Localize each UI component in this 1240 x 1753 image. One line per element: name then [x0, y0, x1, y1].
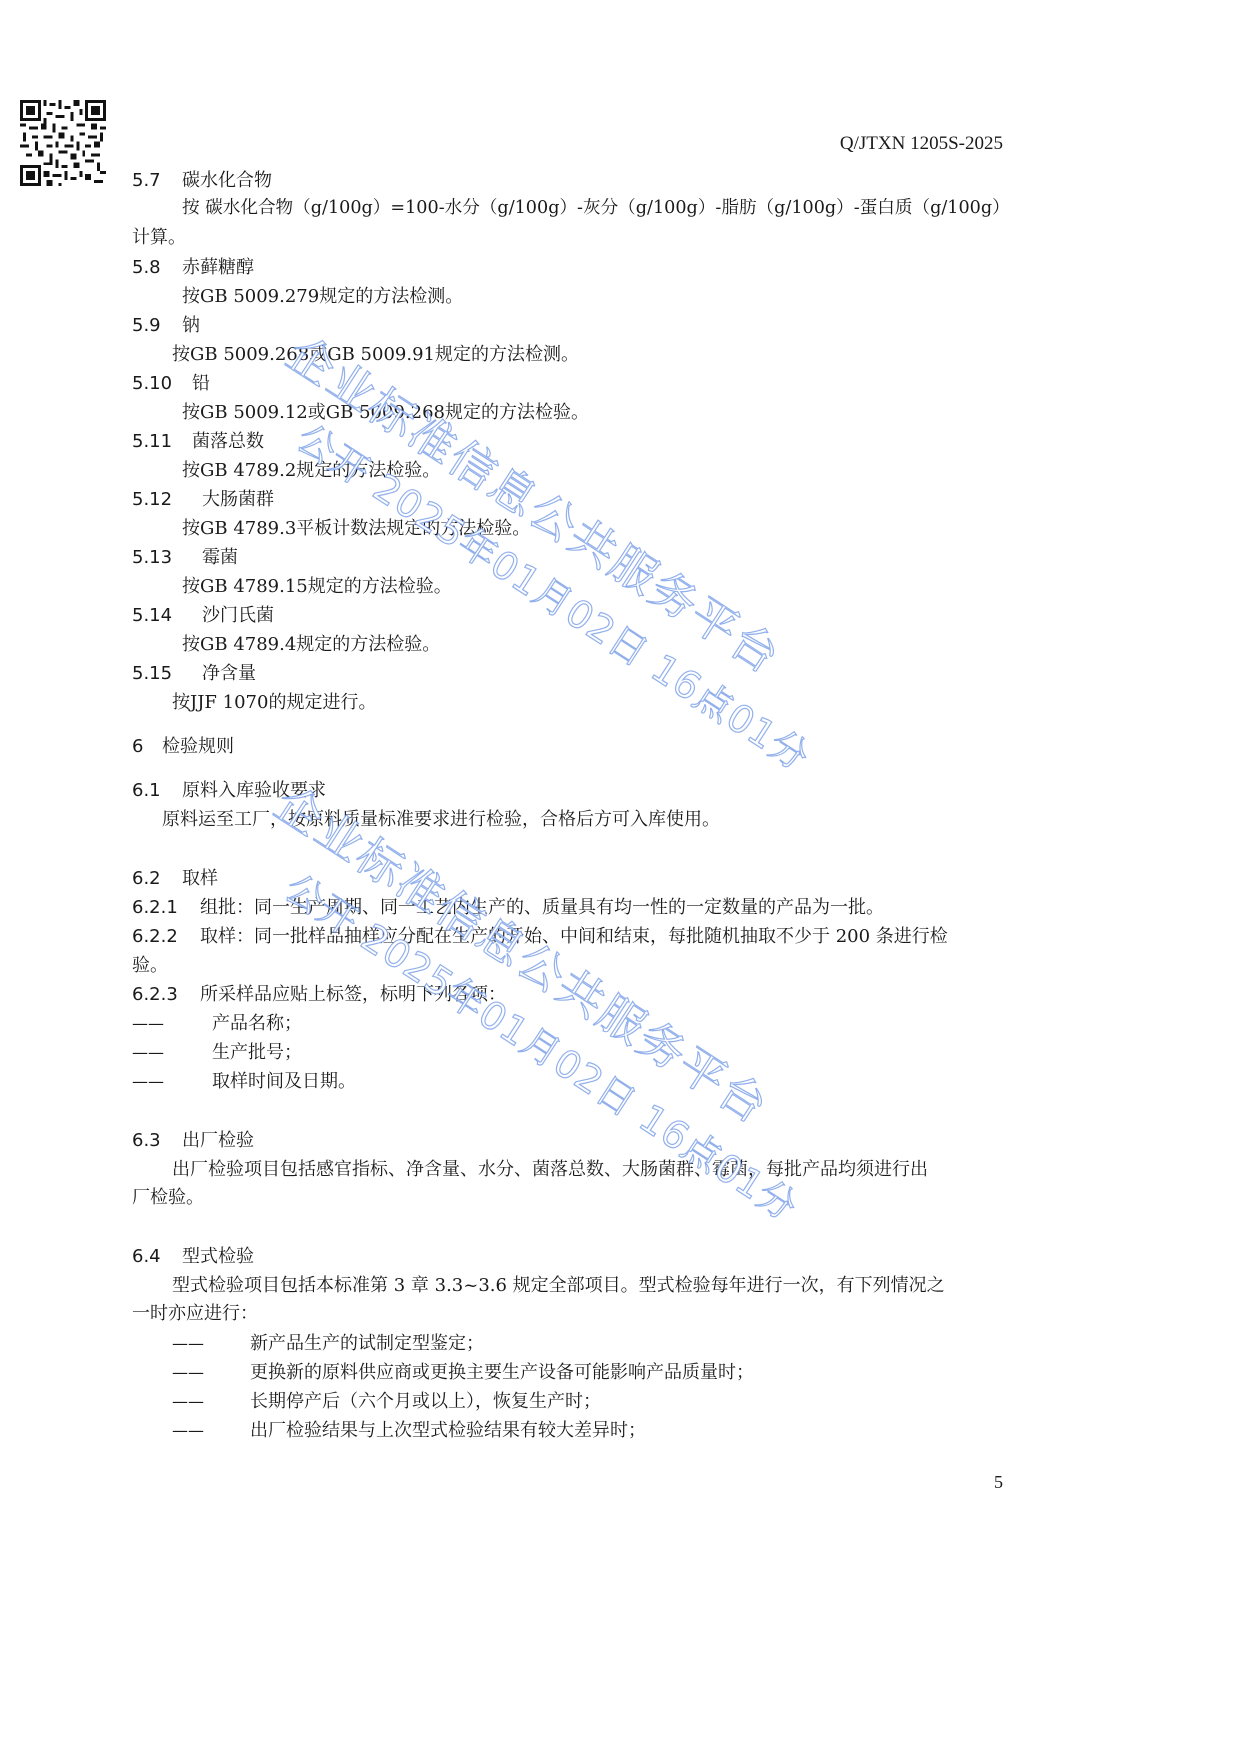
page-number: 5 [994, 1473, 1003, 1491]
list-item: ——长期停产后（六个月或以上），恢复生产时； [172, 1393, 601, 1411]
watermark-platform: 企业标准信息公共服务平台 [276, 318, 795, 687]
section-number: 5.7 [132, 172, 182, 190]
clause-6-2-2: 6.2.2取样：同一批样品抽样应分配在生产的开始、中间和结束，每批随机抽取不少于… [132, 928, 948, 946]
clause-number: 6.2.3 [132, 986, 200, 1004]
section-number: 5.9 [132, 317, 182, 335]
section-title: 菌落总数 [192, 433, 264, 451]
section-title: 大肠菌群 [202, 491, 274, 509]
dash-bullet: —— [132, 1074, 212, 1090]
dash-bullet: —— [132, 1045, 212, 1061]
chapter-number: 6 [132, 738, 162, 756]
section-body-5-14: 按GB 4789.4规定的方法检验。 [182, 636, 440, 654]
dash-bullet: —— [132, 1016, 212, 1032]
section-title: 铅 [192, 375, 210, 393]
clause-number: 6.2.2 [132, 928, 200, 946]
section-body-5-11: 按GB 4789.2规定的方法检验。 [182, 462, 440, 480]
section-title: 沙门氏菌 [202, 607, 274, 625]
section-number: 5.15 [132, 665, 202, 683]
section-body-5-13: 按GB 4789.15规定的方法检验。 [182, 578, 452, 596]
section-heading-5-10: 5.10铅 [132, 375, 210, 393]
section-title: 霉菌 [202, 549, 238, 567]
list-item: ——出厂检验结果与上次型式检验结果有较大差异时； [172, 1422, 646, 1440]
list-item-text: 取样时间及日期。 [212, 1071, 356, 1092]
clause-number: 6.2.1 [132, 899, 200, 917]
section-heading-5-8: 5.8赤藓糖醇 [132, 259, 254, 277]
dash-bullet: —— [172, 1336, 250, 1352]
list-item-text: 产品名称； [212, 1013, 302, 1034]
section-number: 5.12 [132, 491, 202, 509]
section-title: 型式检验 [182, 1248, 254, 1266]
clause-6-2-2-cont: 验。 [132, 957, 168, 975]
section-body-5-12: 按GB 4789.3平板计数法规定的方法检验。 [182, 520, 530, 538]
list-item-text: 生产批号； [212, 1042, 302, 1063]
section-number: 5.11 [132, 433, 192, 451]
list-item: ——生产批号； [132, 1044, 302, 1062]
section-number: 5.13 [132, 549, 202, 567]
dash-bullet: —— [172, 1423, 250, 1439]
section-title: 取样 [182, 870, 218, 888]
section-body-5-7-line1: 按 碳水化合物（g/100g）=100-水分（g/100g）-灰分（g/100g… [182, 200, 1010, 218]
section-heading-5-13: 5.13霉菌 [132, 549, 238, 567]
section-body-6-3-line2: 厂检验。 [132, 1189, 204, 1207]
section-title: 原料入库验收要求 [182, 782, 326, 800]
section-body-5-10: 按GB 5009.12或GB 5009.268规定的方法检验。 [182, 404, 589, 422]
section-title: 碳水化合物 [182, 172, 272, 190]
section-body-6-1: 原料运至工厂，按原料质量标准要求进行检验，合格后方可入库使用。 [162, 811, 720, 829]
section-heading-5-14: 5.14沙门氏菌 [132, 607, 274, 625]
clause-6-2-3: 6.2.3所采样品应贴上标签，标明下列各项： [132, 986, 506, 1004]
section-number: 5.10 [132, 375, 192, 393]
list-item-text: 新产品生产的试制定型鉴定； [250, 1333, 484, 1354]
list-item-text: 更换新的原料供应商或更换主要生产设备可能影响产品质量时； [250, 1362, 754, 1383]
section-body-6-4-line1: 型式检验项目包括本标准第 3 章 3.3~3.6 规定全部项目。型式检验每年进行… [172, 1277, 945, 1295]
section-title: 出厂检验 [182, 1132, 254, 1150]
document-page: Q/JTXN 1205S-2025 5.7碳水化合物 按 碳水化合物（g/100… [0, 0, 1240, 1753]
section-heading-5-11: 5.11菌落总数 [132, 433, 264, 451]
section-number: 6.1 [132, 782, 182, 800]
list-item: ——取样时间及日期。 [132, 1073, 356, 1091]
section-heading-6-2: 6.2取样 [132, 870, 218, 888]
list-item-text: 长期停产后（六个月或以上），恢复生产时； [250, 1391, 601, 1412]
section-heading-6-1: 6.1原料入库验收要求 [132, 782, 326, 800]
section-title: 赤藓糖醇 [182, 259, 254, 277]
list-item-text: 出厂检验结果与上次型式检验结果有较大差异时； [250, 1420, 646, 1441]
section-heading-5-7: 5.7碳水化合物 [132, 172, 272, 190]
section-title: 钠 [182, 317, 200, 335]
section-heading-5-15: 5.15净含量 [132, 665, 256, 683]
section-heading-6-3: 6.3出厂检验 [132, 1132, 254, 1150]
section-heading-5-9: 5.9钠 [132, 317, 200, 335]
section-heading-6-4: 6.4型式检验 [132, 1248, 254, 1266]
chapter-title: 检验规则 [162, 738, 234, 756]
standard-code: Q/JTXN 1205S-2025 [840, 134, 1003, 153]
section-body-5-7-line2: 计算。 [132, 229, 186, 247]
clause-6-2-1: 6.2.1组批：同一生产周期、同一工艺内生产的、质量具有均一性的一定数量的产品为… [132, 899, 884, 917]
section-number: 6.4 [132, 1248, 182, 1266]
list-item: ——新产品生产的试制定型鉴定； [172, 1335, 484, 1353]
list-item: ——更换新的原料供应商或更换主要生产设备可能影响产品质量时； [172, 1364, 754, 1382]
list-item: ——产品名称； [132, 1015, 302, 1033]
section-number: 5.8 [132, 259, 182, 277]
section-number: 6.2 [132, 870, 182, 888]
section-title: 净含量 [202, 665, 256, 683]
section-body-6-4-line2: 一时亦应进行： [132, 1305, 258, 1323]
clause-text: 组批：同一生产周期、同一工艺内生产的、质量具有均一性的一定数量的产品为一批。 [200, 897, 884, 918]
chapter-heading-6: 6检验规则 [132, 738, 234, 756]
clause-text: 取样：同一批样品抽样应分配在生产的开始、中间和结束，每批随机抽取不少于 200 … [200, 926, 948, 947]
qr-code-icon [20, 100, 106, 186]
dash-bullet: —— [172, 1394, 250, 1410]
dash-bullet: —— [172, 1365, 250, 1381]
section-body-5-9: 按GB 5009.268或GB 5009.91规定的方法检测。 [172, 346, 579, 364]
section-number: 6.3 [132, 1132, 182, 1150]
section-body-6-3-line1: 出厂检验项目包括感官指标、净含量、水分、菌落总数、大肠菌群、霉菌，每批产品均须进… [172, 1161, 928, 1179]
section-heading-5-12: 5.12大肠菌群 [132, 491, 274, 509]
section-number: 5.14 [132, 607, 202, 625]
section-body-5-8: 按GB 5009.279规定的方法检测。 [182, 288, 463, 306]
clause-text: 所采样品应贴上标签，标明下列各项： [200, 984, 506, 1005]
section-body-5-15: 按JJF 1070的规定进行。 [172, 694, 376, 712]
